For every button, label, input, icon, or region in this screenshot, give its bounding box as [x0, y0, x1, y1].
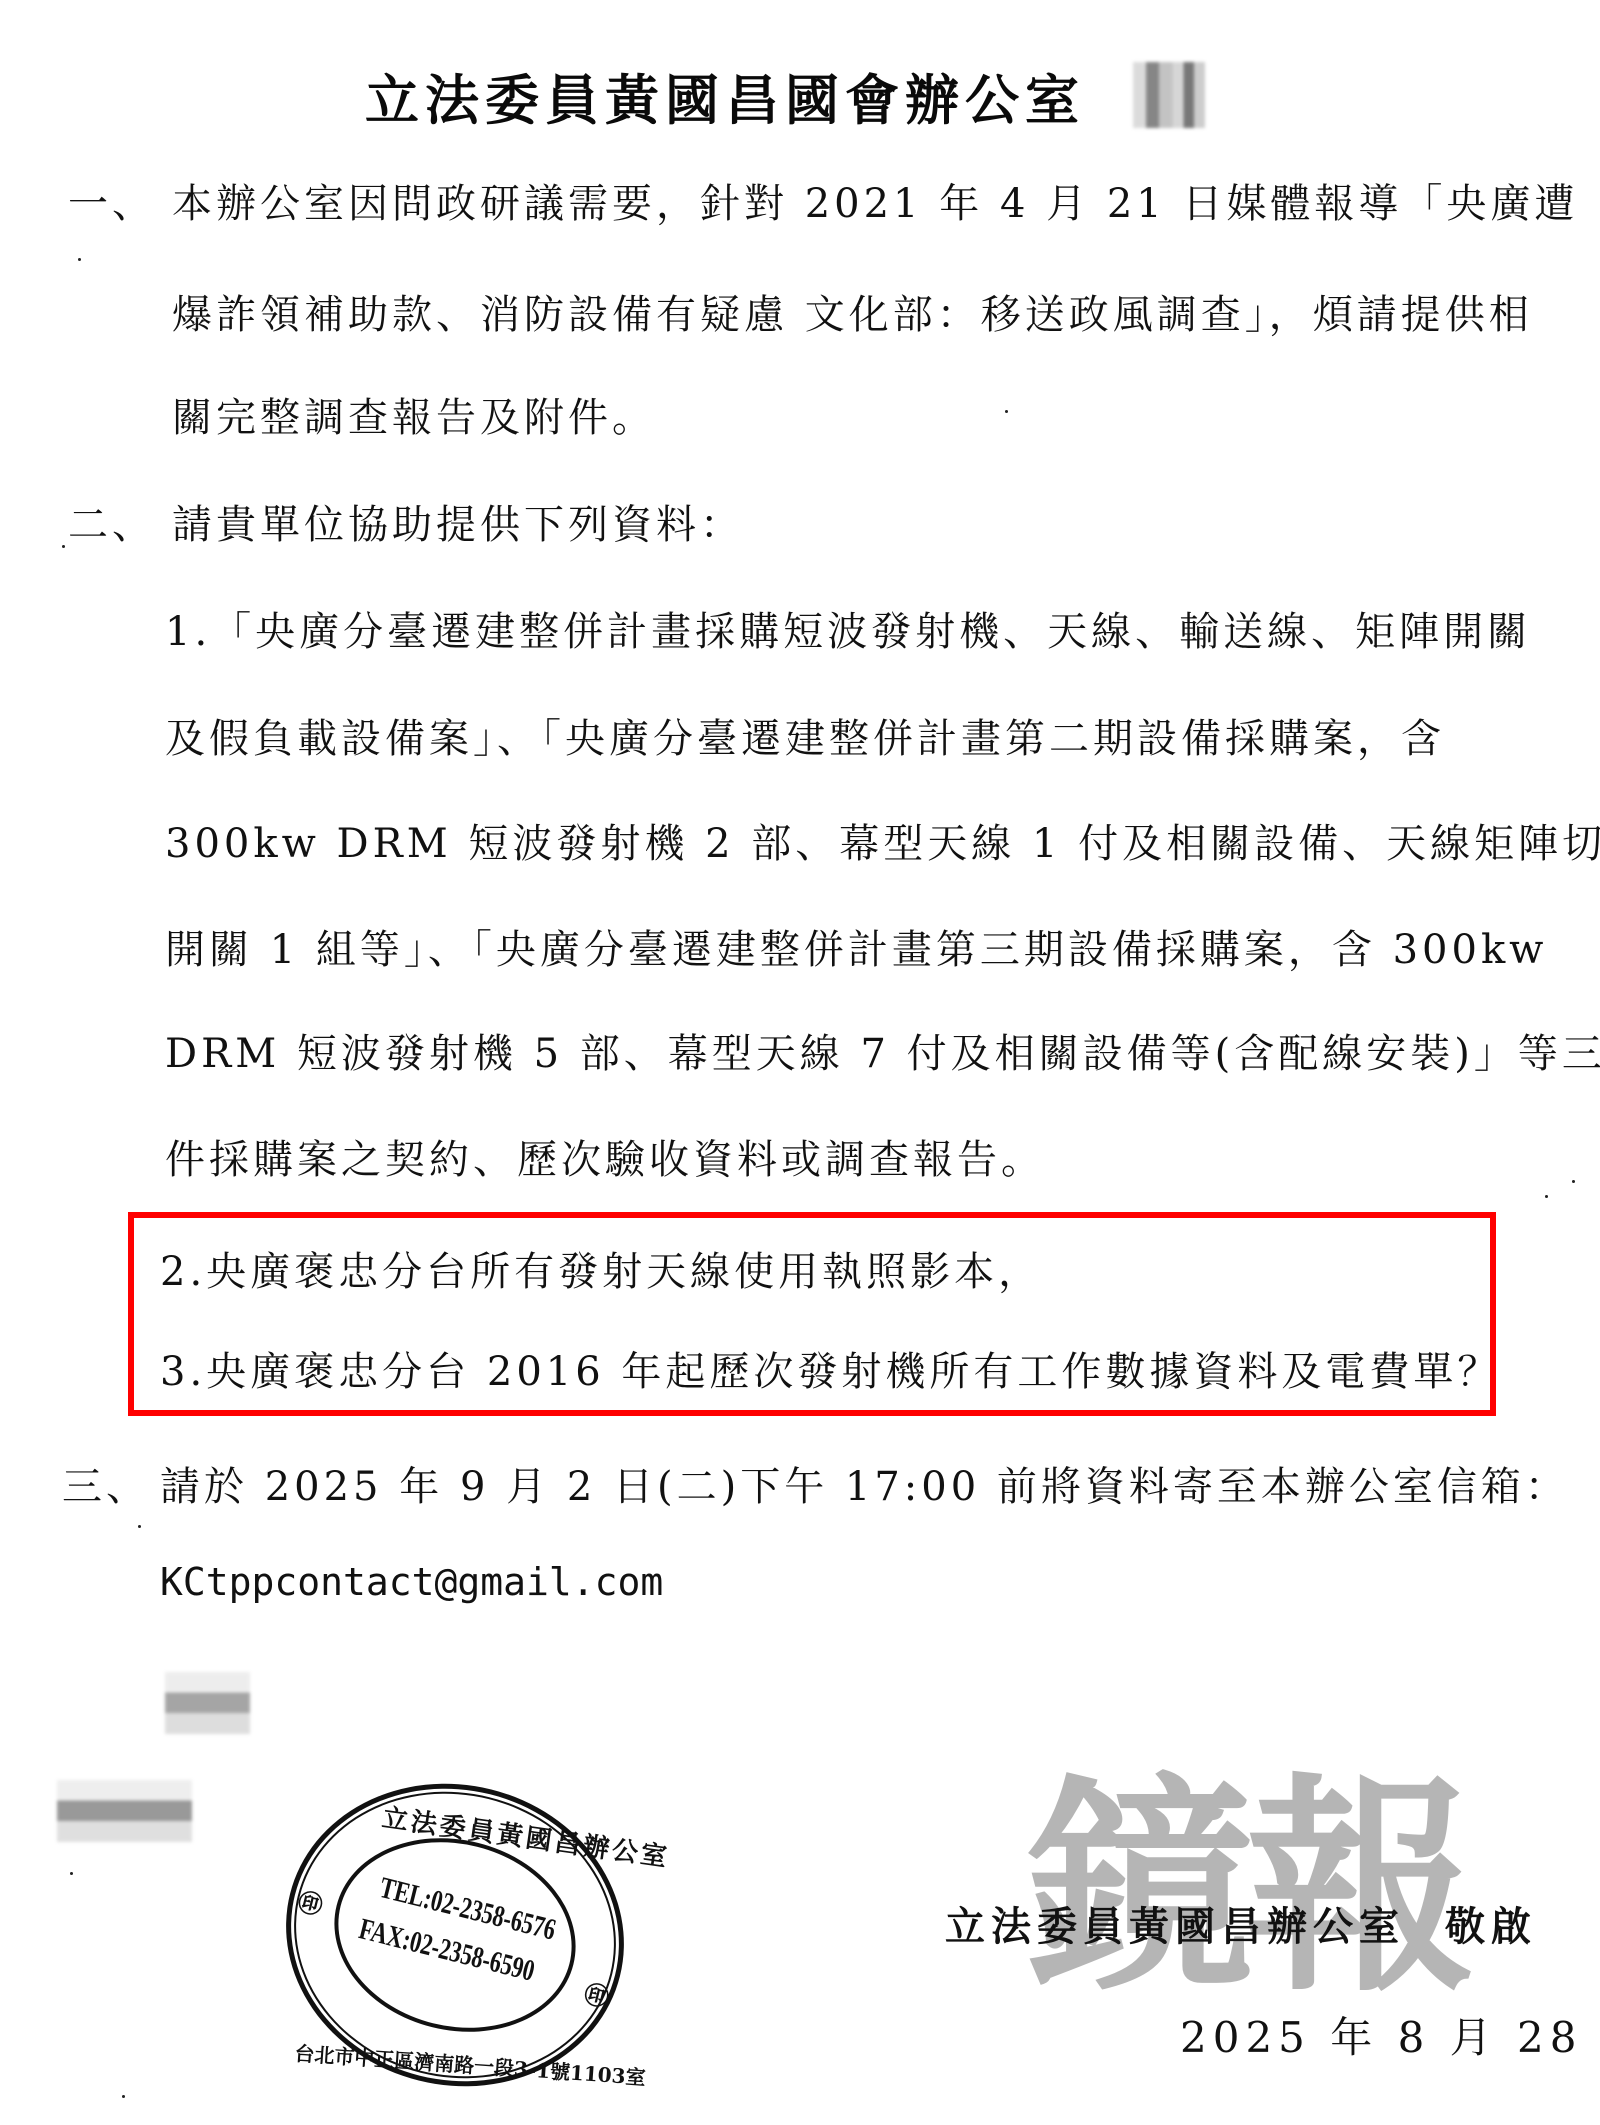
- signature-closing: 敬啟: [1445, 1903, 1537, 1950]
- section-3-marker: 三、: [62, 1455, 150, 1512]
- scan-speck: [70, 1872, 73, 1875]
- section-1-line-1: 本辦公室因問政研議需要，針對 2021 年 4 月 21 日媒體報導「央廣遭: [172, 172, 1578, 229]
- item-1-line-2: 及假負載設備案」、「央廣分臺遷建整併計畫第二期設備採購案，含: [165, 707, 1445, 764]
- redacted-block: [165, 1672, 250, 1734]
- item-1-line-1: 1.「央廣分臺遷建整併計畫採購短波發射機、天線、輸送線、矩陣開關: [165, 600, 1531, 657]
- scan-speck: [138, 1525, 141, 1528]
- office-seal-stamp: 立法委員黃國昌辦公室 TEL:02-2358-6576 FAX:02-2358-…: [254, 1748, 656, 2121]
- mirror-media-watermark: 鏡報: [1025, 1775, 1465, 2005]
- letter-date: 2025 年 8 月 28 日: [1180, 2005, 1600, 2065]
- signature-office: 立法委員黃國昌辦公室: [945, 1903, 1405, 1950]
- item-1-line-5: DRM 短波發射機 5 部、幕型天線 7 付及相關設備等(含配線安裝)」等三: [165, 1022, 1600, 1079]
- item-3-line: 3.央廣褒忠分台 2016 年起歷次發射機所有工作數據資料及電費單？: [160, 1340, 1501, 1397]
- section-1-marker: 一、: [68, 172, 156, 229]
- item-1-line-6: 件採購案之契約、歷次驗收資料或調查報告。: [165, 1128, 1045, 1185]
- scan-speck: [1545, 1195, 1548, 1198]
- scan-speck: [78, 258, 81, 261]
- redacted-block: [57, 1780, 192, 1842]
- section-2-marker: 二、: [68, 493, 156, 550]
- section-1-line-2: 爆詐領補助款、消防設備有疑慮 文化部：移送政風調查」，煩請提供相: [172, 283, 1533, 340]
- scan-speck: [62, 545, 65, 548]
- scan-speck: [1005, 410, 1008, 413]
- section-3-text: 請於 2025 年 9 月 2 日(二)下午 17:00 前將資料寄至本辦公室信…: [160, 1455, 1569, 1512]
- item-1-line-4: 開關 1 組等」、「央廣分臺遷建整併計畫第三期設備採購案，含 300kw: [165, 918, 1547, 975]
- signature-line: 立法委員黃國昌辦公室敬啟: [945, 1895, 1537, 1952]
- section-1-line-3: 關完整調查報告及附件。: [172, 386, 656, 443]
- item-2-line: 2.央廣褒忠分台所有發射天線使用執照影本，: [160, 1240, 1042, 1297]
- scan-speck: [1572, 1180, 1575, 1183]
- document-page: 立法委員黃國昌國會辦公室 一、 本辦公室因問政研議需要，針對 2021 年 4 …: [0, 0, 1600, 2125]
- section-2-heading: 請貴單位協助提供下列資料：: [172, 493, 744, 550]
- item-1-line-3: 300kw DRM 短波發射機 2 部、幕型天線 1 付及相關設備、天線矩陣切換: [165, 812, 1600, 869]
- contact-email: KCtppcontact@gmail.com: [160, 1560, 663, 1604]
- redacted-block: [1133, 62, 1205, 128]
- letterhead-title: 立法委員黃國昌國會辦公室: [365, 58, 1085, 135]
- scan-speck: [122, 2095, 125, 2098]
